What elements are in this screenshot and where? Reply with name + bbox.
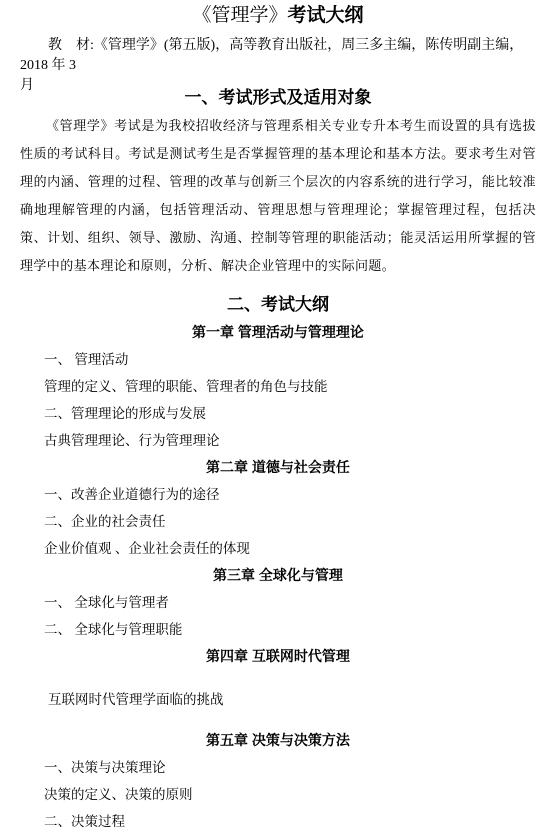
document-title-book-name: 《管理学》 [192,5,287,26]
chapter2-title: 第二章 道德与社会责任 [0,454,556,481]
chapter3-item: 二、 全球化与管理职能 [44,616,536,643]
chapter1-item: 管理的定义、管理的职能、管理者的角色与技能 [44,373,536,400]
section2-outline: 二、考试大纲 第一章 管理活动与管理理论 一、 管理活动 管理的定义、管理的职能… [0,295,556,834]
section1-paragraph: 《管理学》考试是为我校招收经济与管理系相关专业专升本考生而设置的具有选拔性质的考… [20,112,536,280]
chapter3-title: 第三章 全球化与管理 [0,562,556,589]
chapter2-item: 一、改善企业道德行为的途径 [44,481,536,508]
chapter1-title: 第一章 管理活动与管理理论 [0,319,556,346]
document-title: 《管理学》考试大纲 [0,0,556,27]
chapter1-item: 古典管理理论、行为管理理论 [44,427,536,454]
textbook-info-line: 教 材:《管理学》(第五版)，高等教育出版社，周三多主编，陈传明副主编，2018… [0,36,556,96]
chapter3-item: 一、 全球化与管理者 [44,589,536,616]
section1-heading: 一、考试形式及适用对象 [0,88,556,108]
chapter5-item: 二、决策过程 [44,808,536,834]
chapter5-title: 第五章 决策与决策方法 [0,727,556,754]
chapter1-item: 一、 管理活动 [44,346,536,373]
chapter2-item: 二、企业的社会责任 [44,508,536,535]
chapter4-title: 第四章 互联网时代管理 [0,643,556,670]
chapter4-item: 互联网时代管理学面临的挑战 [48,686,536,713]
chapter-list: 第一章 管理活动与管理理论 一、 管理活动 管理的定义、管理的职能、管理者的角色… [0,319,556,834]
chapter5-item: 一、决策与决策理论 [44,754,536,781]
section2-heading: 二、考试大纲 [0,295,556,315]
document-page: 《管理学》考试大纲 教 材:《管理学》(第五版)，高等教育出版社，周三多主编，陈… [0,0,556,834]
chapter5-item: 决策的定义、决策的原则 [44,781,536,808]
chapter2-item: 企业价值观 、企业社会责任的体现 [44,535,536,562]
document-title-suffix: 考试大纲 [288,5,364,26]
chapter1-item: 二、管理理论的形成与发展 [44,400,536,427]
textbook-info-text: 教 材:《管理学》(第五版)，高等教育出版社，周三多主编，陈传明副主编，2018… [20,38,523,73]
